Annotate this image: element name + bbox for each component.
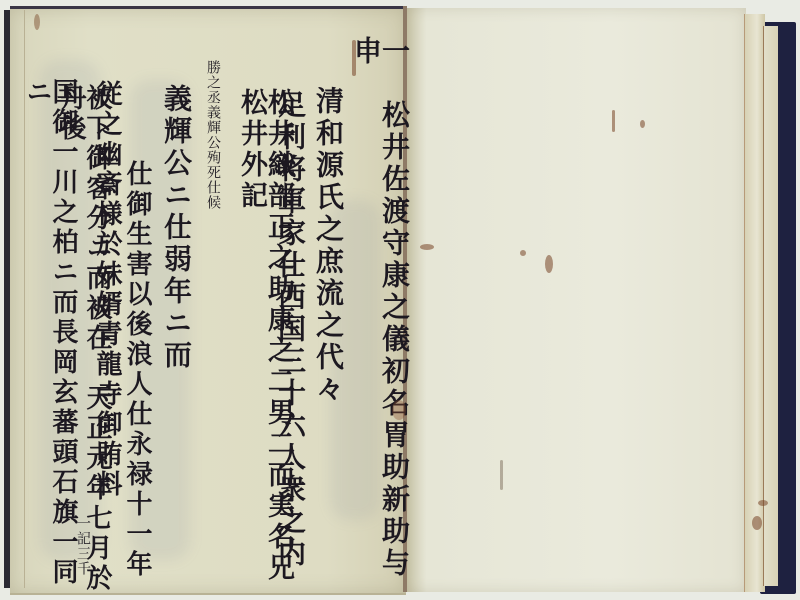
text-column-2: 清和源氏之庶流之代々 bbox=[314, 86, 342, 406]
stain bbox=[500, 460, 503, 490]
stain bbox=[420, 244, 434, 250]
ink-stain bbox=[352, 40, 356, 76]
right-page-blank bbox=[406, 8, 746, 592]
stain bbox=[758, 500, 768, 506]
text-column-6: 仕御生害以後浪人仕永禄十一年 bbox=[124, 160, 150, 580]
text-column-4: 松井織部正之助康之二男二而実名兄松井外記 bbox=[238, 88, 292, 600]
open-book: 一 松井佐渡守康之儀初名胃助新助与申 清和源氏之庶流之代々 足利将軍家仕西国三十… bbox=[0, 0, 800, 600]
stain bbox=[34, 14, 40, 30]
text-column-9: 国御一川之柏ニ而長岡玄蕃頭石旗一同ニ bbox=[24, 78, 76, 600]
stain bbox=[545, 255, 553, 273]
stain bbox=[520, 250, 526, 256]
stain bbox=[612, 110, 615, 132]
stain bbox=[640, 120, 645, 128]
text-column-5-annotation: 勝之丞義輝公殉死仕候 bbox=[206, 60, 220, 210]
text-column-5: 義輝公ニ仕弱年ニ而 bbox=[162, 84, 190, 372]
stain bbox=[752, 516, 762, 530]
stain bbox=[392, 400, 406, 420]
text-column-1: 一 松井佐渡守康之儀初名胃助新助与申 bbox=[352, 36, 408, 600]
